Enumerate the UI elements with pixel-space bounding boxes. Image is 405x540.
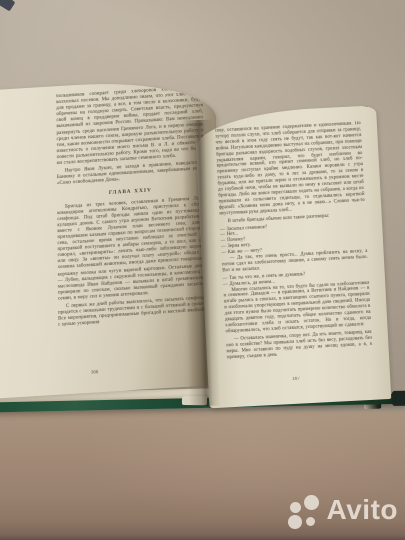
checks-paragraph: Многие ссылались на то, что будто бы сда… [223, 280, 371, 335]
brigade-paragraph: Бригада из трех человек, оставленная в Г… [57, 196, 205, 303]
letter-paragraph: большевиков собирает среди хлеборобов хл… [56, 85, 203, 167]
avito-dot-icon [306, 517, 315, 526]
spine-gap [182, 396, 207, 405]
book-page-left: большевиков собирает среди хлеборобов хл… [0, 76, 218, 400]
avito-logo-icon [288, 494, 323, 530]
avito-watermark: Avito [288, 492, 398, 532]
avito-dot-icon [288, 515, 302, 529]
wheat-paragraph: — Оставалась пшеничка, спору нет. Да ить… [226, 330, 373, 361]
top-paragraph: севу, оставшихся на хранение содержателя… [215, 121, 365, 217]
cover-corner [392, 391, 405, 406]
left-page-text: большевиков собирает среди хлеборобов хл… [56, 85, 205, 394]
avito-dot-icon [290, 502, 301, 513]
right-page-text: севу, оставшихся на хранение содержателя… [215, 121, 373, 363]
chapter-heading: ГЛАВА XXIV [57, 185, 204, 200]
avito-watermark-label: Avito [327, 494, 398, 526]
page-number-right: 167 [202, 372, 390, 387]
photo-open-book: большевиков собирает среди хлеборобов хл… [0, 0, 405, 540]
avito-dot-icon [304, 495, 319, 510]
book-page-right: севу, оставшихся на хранение содержателя… [194, 105, 391, 408]
